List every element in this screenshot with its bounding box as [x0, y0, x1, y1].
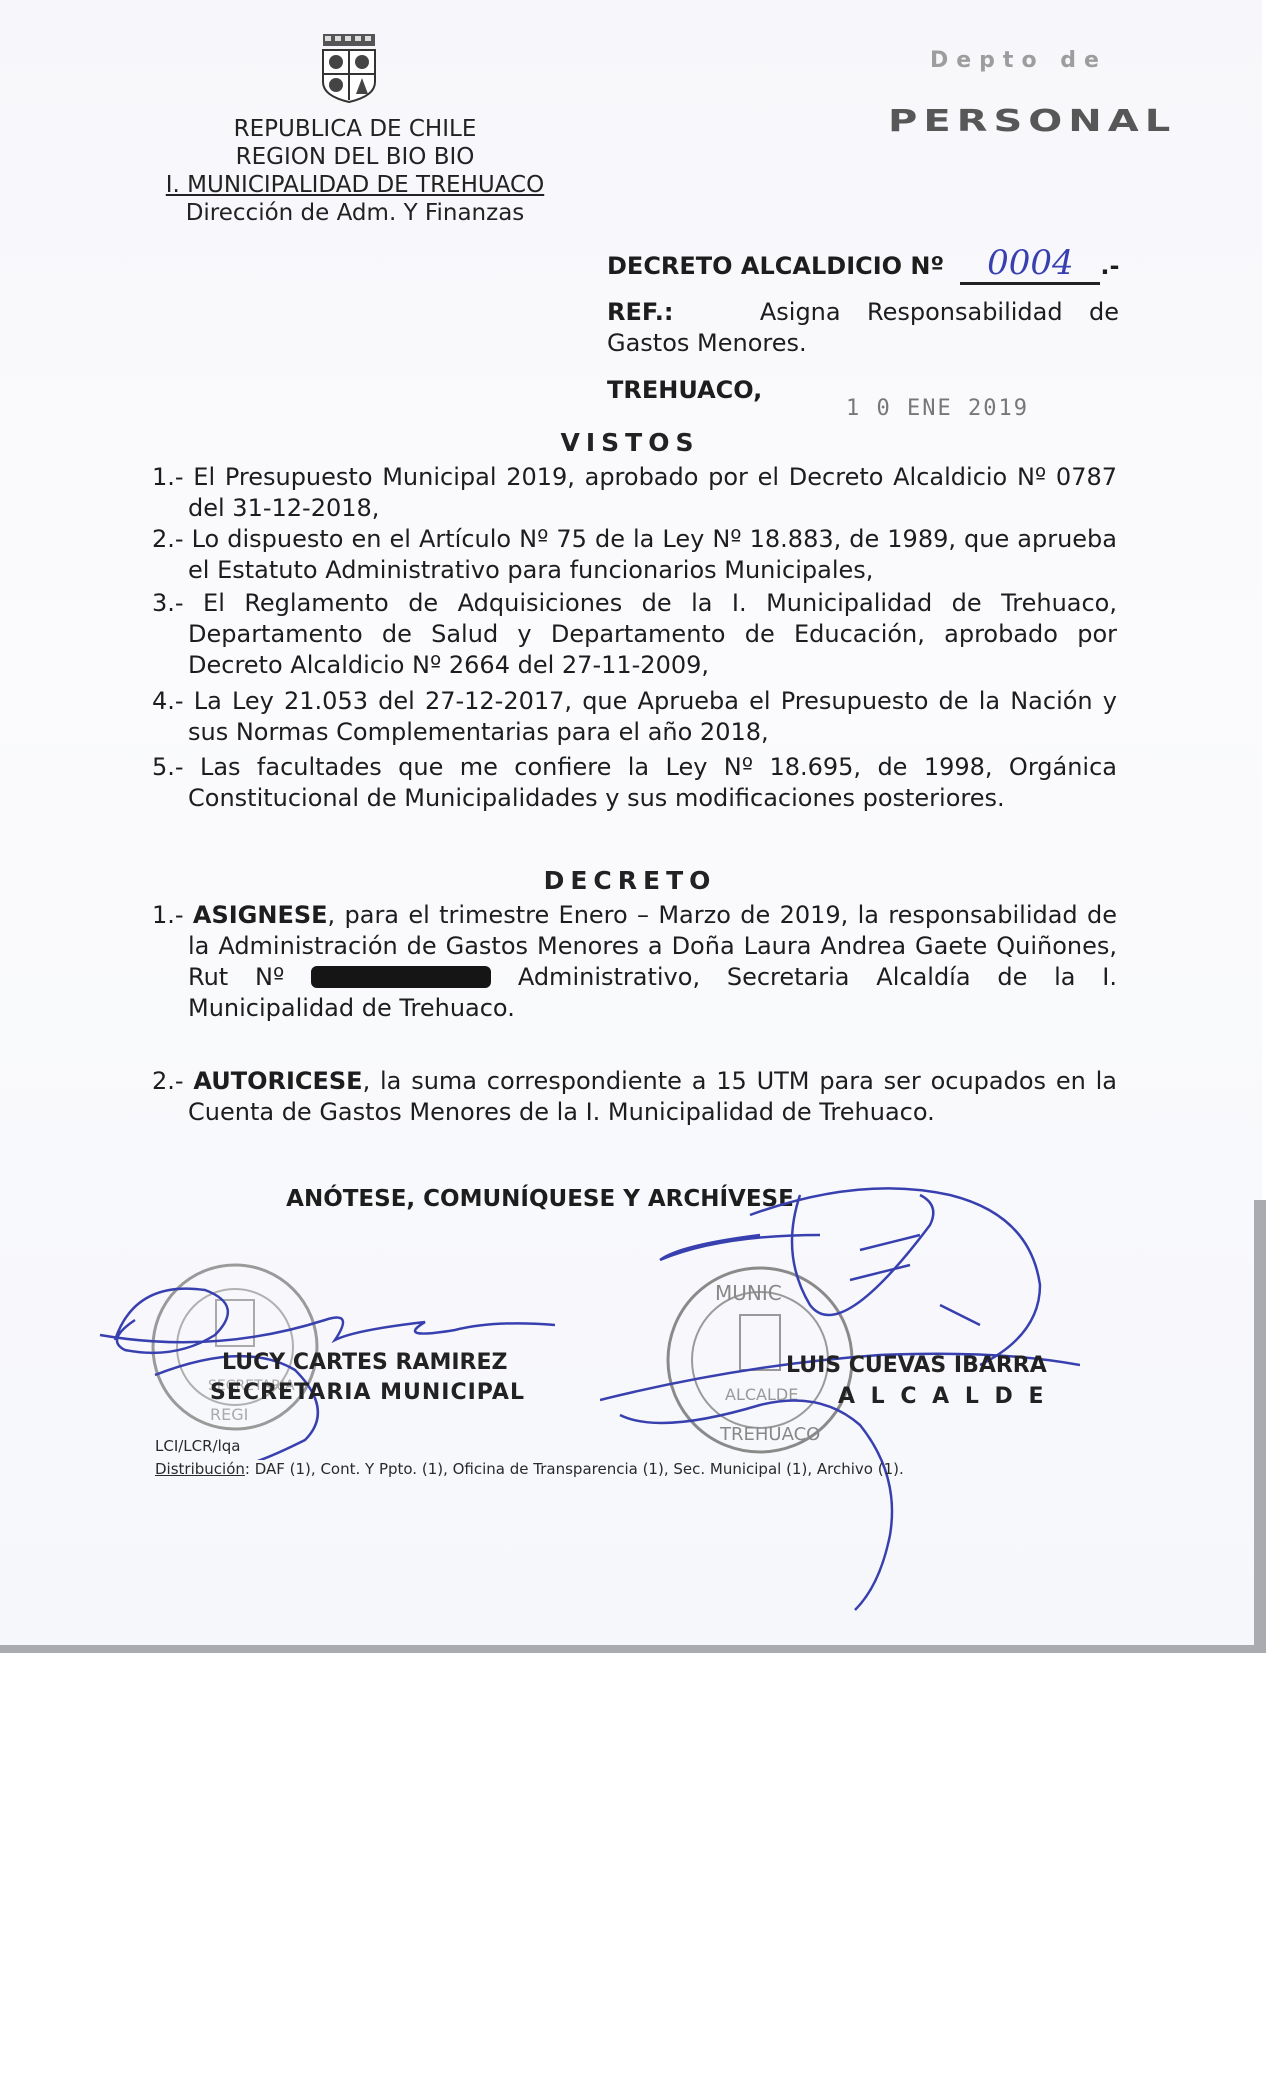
stamp-personal: PERSONAL: [888, 104, 1176, 139]
vistos-title: VISTOS: [140, 428, 1120, 457]
distribution: Distribución: DAF (1), Cont. Y Ppto. (1)…: [155, 1460, 904, 1478]
initials: LCI/LCR/lqa: [155, 1437, 241, 1455]
visto-item-3: 3.- El Reglamento de Adquisiciones de la…: [152, 588, 1117, 681]
visto-text: La Ley 21.053 del 27-12-2017, que Aprueb…: [188, 687, 1117, 746]
alcalde-role: A L C A L D E: [838, 1384, 1047, 1409]
scan-edge: [1254, 1200, 1266, 1653]
decree-ref: REF.: Asigna Responsabilidad de Gastos M…: [607, 297, 1119, 359]
visto-num: 1.-: [152, 463, 184, 491]
decreto-keyword: ASIGNESE: [193, 901, 328, 929]
visto-text: El Presupuesto Municipal 2019, aprobado …: [188, 463, 1117, 522]
scanned-page: REPUBLICA DE CHILE REGION DEL BIO BIO I.…: [0, 0, 1262, 1653]
header-line-1: REPUBLICA DE CHILE: [140, 115, 570, 143]
distribution-label: Distribución: [155, 1460, 245, 1478]
secretaria-name: LUCY CARTES RAMIREZ: [222, 1350, 507, 1375]
decreto-num: 2.-: [152, 1067, 184, 1095]
decree-title: DECRETO ALCALDICIO Nº 0004 .-: [607, 248, 1120, 285]
decree-number: 0004: [987, 243, 1074, 283]
decreto-item-2: 2.- AUTORICESE, la suma correspondiente …: [152, 1066, 1117, 1128]
stamp-depto: Depto de: [930, 48, 1107, 73]
coat-of-arms-icon: [315, 32, 383, 104]
ref-text: Asigna Responsabilidad de Gastos Menores…: [607, 298, 1119, 357]
visto-num: 3.-: [152, 589, 184, 617]
visto-num: 5.-: [152, 753, 184, 781]
visto-item-5: 5.- Las facultades que me confiere la Le…: [152, 752, 1117, 814]
ref-label: REF.:: [607, 298, 673, 326]
decree-title-suffix: .-: [1100, 252, 1119, 280]
redacted-rut: [311, 966, 491, 988]
decree-title-label: DECRETO ALCALDICIO Nº: [607, 252, 944, 280]
visto-text: Las facultades que me confiere la Ley Nº…: [188, 753, 1117, 812]
visto-num: 4.-: [152, 687, 184, 715]
header-line-3: I. MUNICIPALIDAD DE TREHUACO: [140, 171, 570, 199]
place-label: TREHUACO,: [607, 375, 762, 406]
date-stamp: 1 0 ENE 2019: [846, 396, 1029, 421]
decreto-keyword: AUTORICESE: [193, 1067, 362, 1095]
decree-number-field: 0004: [960, 248, 1100, 285]
visto-item-4: 4.- La Ley 21.053 del 27-12-2017, que Ap…: [152, 686, 1117, 748]
secretaria-role: SECRETARIA MUNICIPAL: [210, 1380, 525, 1405]
visto-num: 2.-: [152, 525, 184, 553]
visto-text: Lo dispuesto en el Artículo Nº 75 de la …: [188, 525, 1117, 584]
visto-text: El Reglamento de Adquisiciones de la I. …: [188, 589, 1117, 679]
decreto-title: DECRETO: [140, 866, 1120, 895]
distribution-text: : DAF (1), Cont. Y Ppto. (1), Oficina de…: [245, 1460, 904, 1478]
visto-item-2: 2.- Lo dispuesto en el Artículo Nº 75 de…: [152, 524, 1117, 586]
header-line-4: Dirección de Adm. Y Finanzas: [140, 199, 570, 227]
header-line-2: REGION DEL BIO BIO: [140, 143, 570, 171]
decreto-item-1: 1.- ASIGNESE, para el trimestre Enero – …: [152, 900, 1117, 1024]
visto-item-1: 1.- El Presupuesto Municipal 2019, aprob…: [152, 462, 1117, 524]
institution-header: REPUBLICA DE CHILE REGION DEL BIO BIO I.…: [140, 115, 570, 227]
decreto-num: 1.-: [152, 901, 184, 929]
alcalde-name: LUIS CUEVAS IBARRA: [786, 1353, 1047, 1378]
